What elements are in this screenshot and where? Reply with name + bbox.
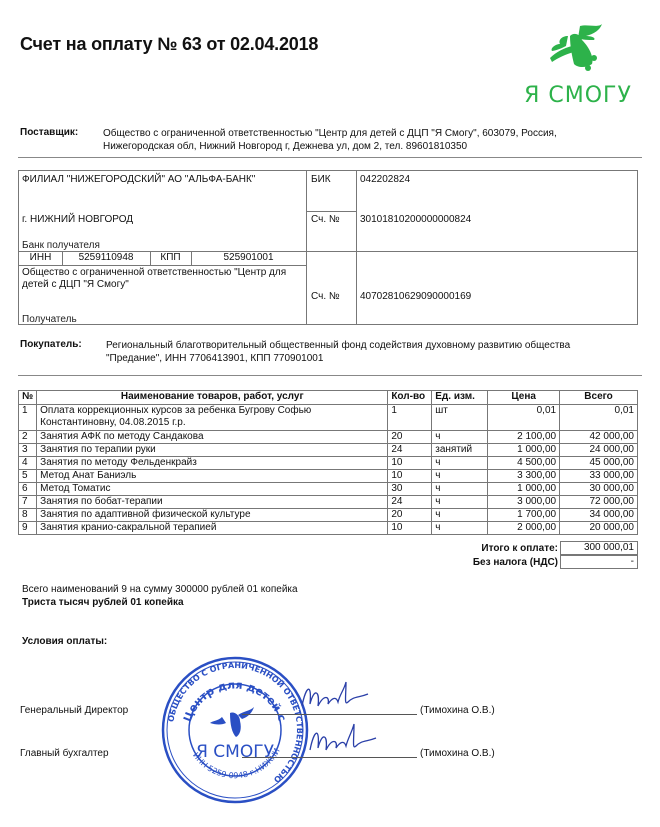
row-name: Метод Анат Баниэль bbox=[37, 470, 388, 483]
row-total: 24 000,00 bbox=[560, 444, 638, 457]
row-unit: ч bbox=[432, 522, 488, 535]
table-header-row: № Наименование товаров, работ, услуг Кол… bbox=[19, 391, 638, 405]
row-unit: шт bbox=[432, 405, 488, 431]
row-unit: ч bbox=[432, 496, 488, 509]
supplier-label: Поставщик: bbox=[20, 127, 78, 138]
angel-logo-icon: Я СМОГУ bbox=[520, 22, 635, 108]
kpp-value: 525901001 bbox=[191, 252, 306, 263]
row-number: 6 bbox=[19, 483, 37, 496]
svg-text:Я СМОГУ: Я СМОГУ bbox=[524, 83, 632, 108]
recipient-caption: Получатель bbox=[22, 314, 77, 325]
total-label: Итого к оплате: bbox=[481, 543, 558, 554]
row-total: 42 000,00 bbox=[560, 431, 638, 444]
row-qty: 20 bbox=[388, 509, 432, 522]
row-number: 7 bbox=[19, 496, 37, 509]
bik-value: 042202824 bbox=[360, 174, 410, 185]
row-number: 5 bbox=[19, 470, 37, 483]
table-row: 9 Занятия кранио-сакральной терапией 10 … bbox=[19, 522, 638, 535]
corr-account-value: 30101810200000000824 bbox=[360, 214, 471, 225]
row-unit: ч bbox=[432, 431, 488, 444]
row-name: Занятия по адаптивной физической культур… bbox=[37, 509, 388, 522]
buyer-label: Покупатель: bbox=[20, 339, 82, 350]
row-unit: ч bbox=[432, 483, 488, 496]
table-row: 7 Занятия по бобат-терапии 24 ч 3 000,00… bbox=[19, 496, 638, 509]
row-unit: занятий bbox=[432, 444, 488, 457]
col-header-total: Всего bbox=[560, 391, 638, 405]
items-table: № Наименование товаров, работ, услуг Кол… bbox=[18, 390, 638, 535]
company-stamp: ОБЩЕСТВО С ОГРАНИЧЕННОЙ ОТВЕТСТВЕННОСТЬЮ… bbox=[160, 655, 310, 805]
buyer-line1: Региональный благотворительный обществен… bbox=[106, 339, 570, 352]
row-name: Метод Томатис bbox=[37, 483, 388, 496]
divider bbox=[18, 157, 642, 158]
col-header-unit: Ед. изм. bbox=[432, 391, 488, 405]
director-signature bbox=[298, 676, 378, 719]
account-label: Сч. № bbox=[311, 291, 340, 302]
row-unit: ч bbox=[432, 509, 488, 522]
col-header-name: Наименование товаров, работ, услуг bbox=[37, 391, 388, 405]
handwritten-signature-icon bbox=[306, 718, 386, 758]
summary-words: Триста тысяч рублей 01 копейка bbox=[22, 596, 184, 609]
corr-account-label: Сч. № bbox=[311, 214, 340, 225]
row-price: 1 000,00 bbox=[488, 444, 560, 457]
company-logo: Я СМОГУ bbox=[520, 22, 635, 108]
handwritten-signature-icon bbox=[298, 676, 378, 716]
row-price: 3 000,00 bbox=[488, 496, 560, 509]
row-number: 4 bbox=[19, 457, 37, 470]
col-header-number: № bbox=[19, 391, 37, 405]
row-price: 1 700,00 bbox=[488, 509, 560, 522]
director-label: Генеральный Директор bbox=[20, 704, 128, 717]
row-unit: ч bbox=[432, 457, 488, 470]
row-name: Занятия по бобат-терапии bbox=[37, 496, 388, 509]
row-name: Занятия АФК по методу Сандакова bbox=[37, 431, 388, 444]
row-number: 3 bbox=[19, 444, 37, 457]
bank-name: ФИЛИАЛ "НИЖЕГОРОДСКИЙ" АО "АЛЬФА-БАНК" bbox=[22, 174, 255, 185]
row-qty: 10 bbox=[388, 470, 432, 483]
row-price: 2 000,00 bbox=[488, 522, 560, 535]
row-unit: ч bbox=[432, 470, 488, 483]
table-row: 2 Занятия АФК по методу Сандакова 20 ч 2… bbox=[19, 431, 638, 444]
accountant-label: Главный бухгалтер bbox=[20, 747, 109, 760]
table-row: 5 Метод Анат Баниэль 10 ч 3 300,00 33 00… bbox=[19, 470, 638, 483]
vat-label: Без налога (НДС) bbox=[473, 557, 558, 568]
row-qty: 10 bbox=[388, 522, 432, 535]
row-total: 34 000,00 bbox=[560, 509, 638, 522]
row-total: 33 000,00 bbox=[560, 470, 638, 483]
row-qty: 24 bbox=[388, 444, 432, 457]
row-qty: 1 bbox=[388, 405, 432, 431]
row-total: 20 000,00 bbox=[560, 522, 638, 535]
recipient-line2: детей с ДЦП "Я Смогу" bbox=[22, 279, 129, 290]
row-total: 72 000,00 bbox=[560, 496, 638, 509]
accountant-signature bbox=[306, 718, 386, 761]
bank-details-table: ФИЛИАЛ "НИЖЕГОРОДСКИЙ" АО "АЛЬФА-БАНК" г… bbox=[18, 170, 638, 325]
row-number: 1 bbox=[19, 405, 37, 431]
row-name: Оплата коррекционных курсов за ребенка Б… bbox=[37, 405, 388, 431]
row-number: 8 bbox=[19, 509, 37, 522]
col-header-qty: Кол-во bbox=[388, 391, 432, 405]
row-qty: 30 bbox=[388, 483, 432, 496]
row-name: Занятия кранио-сакральной терапией bbox=[37, 522, 388, 535]
svg-text:Я СМОГУ: Я СМОГУ bbox=[196, 742, 275, 762]
recipient-line1: Общество с ограниченной ответственностью… bbox=[22, 267, 286, 278]
table-row: 3 Занятия по терапии руки 24 занятий 1 0… bbox=[19, 444, 638, 457]
table-row: 1 Оплата коррекционных курсов за ребенка… bbox=[19, 405, 638, 431]
kpp-label: КПП bbox=[150, 252, 191, 263]
bank-city: г. НИЖНИЙ НОВГОРОД bbox=[22, 214, 133, 225]
summary-count: Всего наименований 9 на сумму 300000 руб… bbox=[22, 583, 298, 596]
table-row: 4 Занятия по методу Фельденкрайз 10 ч 4 … bbox=[19, 457, 638, 470]
row-qty: 10 bbox=[388, 457, 432, 470]
total-value: 300 000,01 bbox=[560, 541, 638, 555]
row-total: 0,01 bbox=[560, 405, 638, 431]
row-number: 9 bbox=[19, 522, 37, 535]
table-row: 8 Занятия по адаптивной физической культ… bbox=[19, 509, 638, 522]
supplier-line1: Общество с ограниченной ответственностью… bbox=[103, 127, 557, 140]
row-price: 4 500,00 bbox=[488, 457, 560, 470]
row-qty: 24 bbox=[388, 496, 432, 509]
row-number: 2 bbox=[19, 431, 37, 444]
row-price: 2 100,00 bbox=[488, 431, 560, 444]
row-total: 30 000,00 bbox=[560, 483, 638, 496]
row-name: Занятия по методу Фельденкрайз bbox=[37, 457, 388, 470]
table-row: 6 Метод Томатис 30 ч 1 000,00 30 000,00 bbox=[19, 483, 638, 496]
account-value: 40702810629090000169 bbox=[360, 291, 471, 302]
bik-label: БИК bbox=[311, 174, 331, 185]
inn-value: 5259110948 bbox=[62, 252, 150, 263]
director-name: (Тимохина О.В.) bbox=[420, 704, 495, 717]
row-total: 45 000,00 bbox=[560, 457, 638, 470]
supplier-line2: Нижегородская обл, Нижний Новгород г, Де… bbox=[103, 140, 467, 153]
row-price: 1 000,00 bbox=[488, 483, 560, 496]
row-price: 0,01 bbox=[488, 405, 560, 431]
bank-caption: Банк получателя bbox=[22, 240, 100, 251]
vat-value: - bbox=[560, 555, 638, 569]
stamp-seal-icon: ОБЩЕСТВО С ОГРАНИЧЕННОЙ ОТВЕТСТВЕННОСТЬЮ… bbox=[160, 655, 310, 805]
invoice-title: Счет на оплату № 63 от 02.04.2018 bbox=[20, 34, 318, 55]
buyer-line2: "Предание", ИНН 7706413901, КПП 77090100… bbox=[106, 352, 323, 365]
divider bbox=[18, 375, 642, 376]
row-name: Занятия по терапии руки bbox=[37, 444, 388, 457]
inn-label: ИНН bbox=[19, 252, 62, 263]
row-price: 3 300,00 bbox=[488, 470, 560, 483]
payment-terms-label: Условия оплаты: bbox=[22, 635, 107, 648]
accountant-name: (Тимохина О.В.) bbox=[420, 747, 495, 760]
col-header-price: Цена bbox=[488, 391, 560, 405]
row-qty: 20 bbox=[388, 431, 432, 444]
